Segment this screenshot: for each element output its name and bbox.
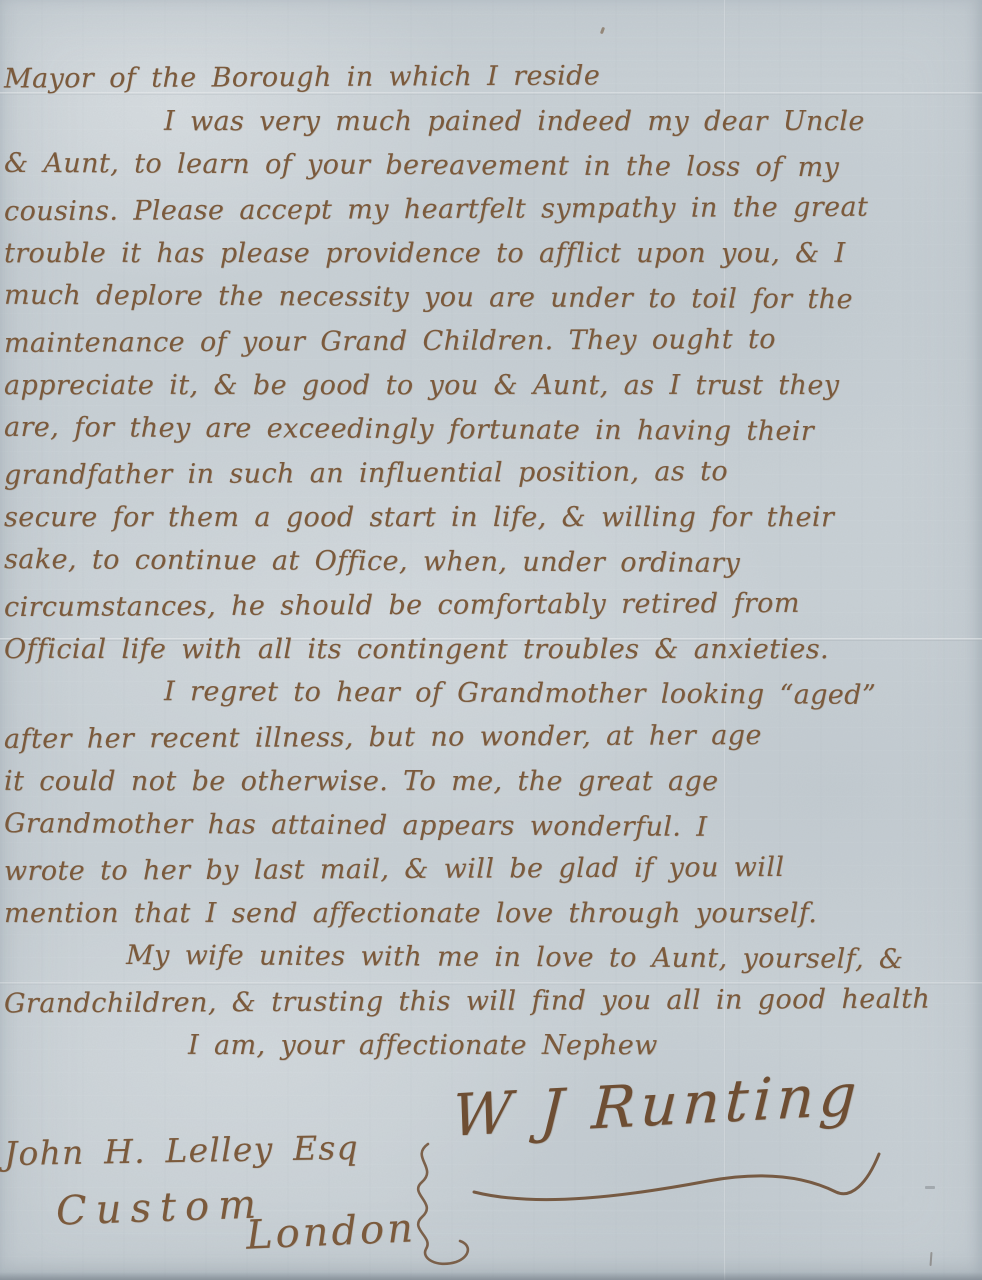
letter-line: trouble it has please providence to affl… [4, 238, 846, 269]
recipient-address-custom: Custom [55, 1184, 265, 1231]
letter-line: Grandmother has attained appears wonderf… [4, 808, 708, 843]
letter-line: are, for they are exceedingly fortunate … [4, 412, 814, 447]
letter-line: Grandchildren, & trusting this will find… [4, 984, 930, 1020]
letter-line: secure for them a good start in life, & … [4, 502, 834, 533]
letter-line: it could not be otherwise. To me, the gr… [4, 766, 719, 797]
signature-flourish-stroke [468, 1150, 888, 1208]
letter-line: appreciate it, & be good to you & Aunt, … [4, 370, 839, 401]
recipient-name: John H. Lelley Esq [4, 1131, 359, 1170]
letter-line: much deplore the necessity you are under… [4, 280, 853, 315]
letter-line: Mayor of the Borough in which I reside [4, 60, 600, 94]
letter-page: Mayor of the Borough in which I resideI … [0, 0, 982, 1280]
letter-line: circumstances, he should be comfortably … [4, 588, 800, 623]
letter-line: I am, your affectionate Nephew [188, 1030, 658, 1061]
letter-line: maintenance of your Grand Children. They… [4, 324, 776, 359]
letter-line: Official life with all its contingent tr… [4, 634, 829, 665]
letter-line: mention that I send affectionate love th… [4, 898, 817, 929]
letter-line: grandfather in such an influential posit… [4, 456, 728, 491]
letter-line: I regret to hear of Grandmother looking … [164, 676, 876, 711]
letter-line: cousins. Please accept my heartfelt symp… [4, 192, 868, 228]
letter-line: after her recent illness, but no wonder,… [4, 720, 762, 755]
letter-line: wrote to her by last mail, & will be gla… [4, 852, 785, 887]
letter-line: My wife unites with me in love to Aunt, … [126, 940, 904, 975]
letter-line: I was very much pained indeed my dear Un… [164, 106, 865, 137]
letter-line: & Aunt, to learn of your bereavement in … [4, 148, 839, 183]
recipient-address-london: London [245, 1208, 416, 1255]
letter-line: sake, to continue at Office, when, under… [4, 544, 740, 579]
